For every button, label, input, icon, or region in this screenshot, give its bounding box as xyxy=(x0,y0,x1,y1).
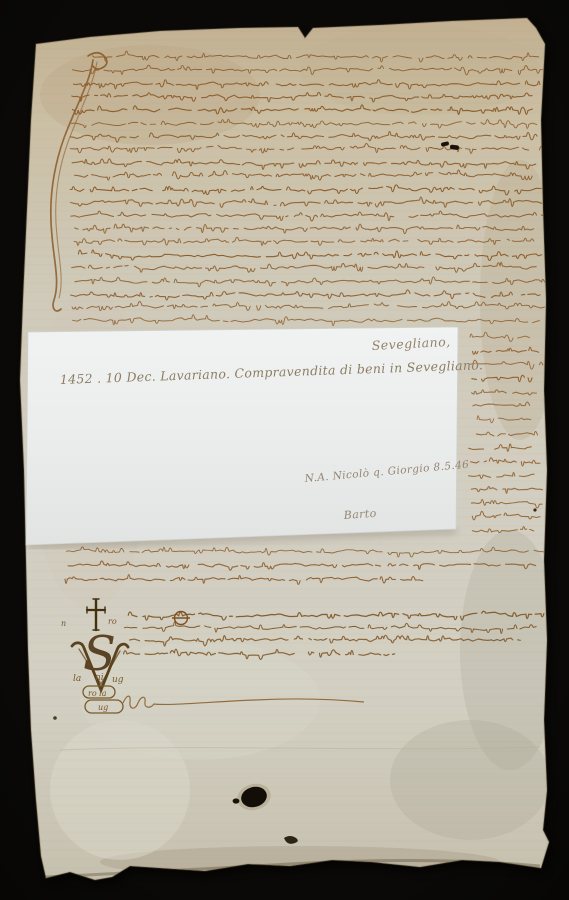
archival-photo: S n ro la ni ug ro la ug xyxy=(0,0,569,900)
signum-letter-ug: ug xyxy=(112,675,124,685)
ink-speck xyxy=(53,716,57,720)
slip-secondary-note: Barto xyxy=(342,507,377,522)
signum-letter-ni: ni xyxy=(95,673,104,683)
ink-speck xyxy=(533,508,536,511)
signum-cartouche-top-text: ro la xyxy=(88,689,107,698)
signum-letter-la: la xyxy=(73,674,81,684)
signum-cartouche-bottom-text: ug xyxy=(98,703,108,712)
signum-mark-left: n xyxy=(61,619,66,628)
signum-mark-right: ro xyxy=(108,617,117,626)
photo-canvas: S n ro la ni ug ro la ug xyxy=(0,0,569,900)
parchment-hole-small xyxy=(233,798,240,803)
